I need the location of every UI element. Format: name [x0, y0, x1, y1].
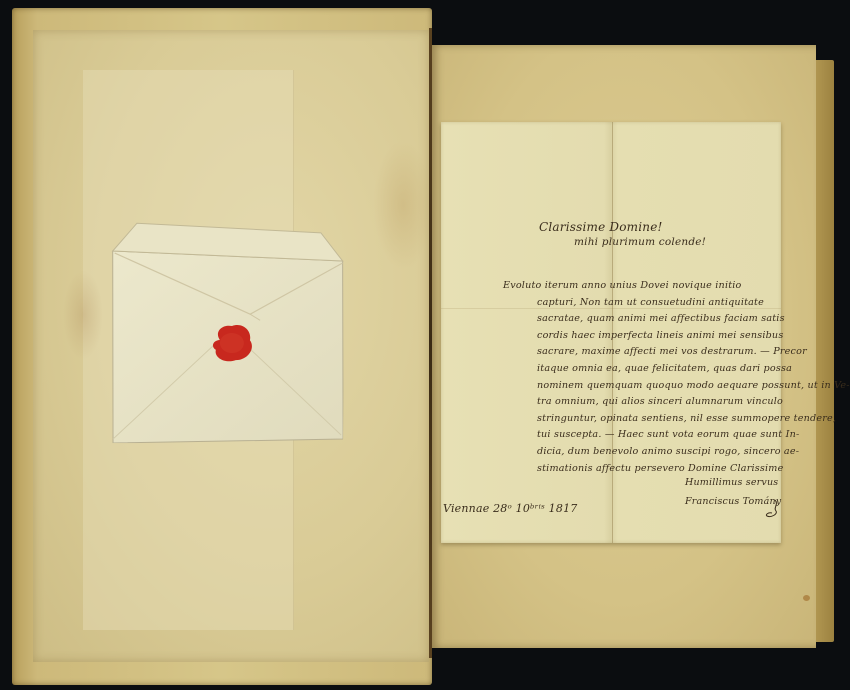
letter-line: nominem quemquam quoquo modo aequare pos… — [537, 378, 850, 395]
letter-line: capturi, Non tam ut consuetudini antiqui… — [537, 295, 850, 312]
open-book: Clarissime Domine! mihi plurimum colende… — [0, 0, 850, 690]
letter-salutation: Clarissime Domine! — [539, 220, 663, 234]
letter-line: cordis haec imperfecta lineis animi mei … — [537, 328, 850, 345]
page-stain — [63, 270, 103, 360]
letter-closing: Humillimus servus — [685, 477, 778, 488]
foxing-spot — [803, 595, 810, 601]
letter-line: itaque omnia ea, quae felicitatem, quas … — [537, 361, 850, 378]
letter-line: stringuntur, opinata sentiens, nil esse … — [537, 411, 850, 428]
book-gutter — [429, 28, 432, 658]
letter-line: Evoluto iterum anno unius Dovei novique … — [503, 278, 850, 295]
letter-line: sacratae, quam animi mei affectibus faci… — [537, 311, 850, 328]
envelope-icon — [109, 221, 345, 445]
letter-body: Evoluto iterum anno unius Dovei novique … — [503, 278, 850, 477]
letter-line: sacrare, maxime affecti mei vos destraru… — [537, 344, 850, 361]
sealed-envelope — [109, 221, 345, 445]
letter-salutation-line2: mihi plurimum colende! — [574, 236, 706, 248]
letter-line: tui suscepta. — Haec sunt vota eorum qua… — [537, 427, 850, 444]
signature-flourish-icon — [763, 498, 781, 520]
letter-line: stimationis affectu persevero Domine Cla… — [537, 461, 850, 478]
letter-line: tra omnium, qui alios sinceri alumnarum … — [537, 394, 850, 411]
letter-place-date: Viennae 28ᵒ 10ᵇʳⁱˢ 1817 — [443, 502, 577, 515]
page-stain — [373, 140, 433, 270]
letter-line: dicia, dum benevolo animo suscipi rogo, … — [537, 444, 850, 461]
handwritten-letter: Clarissime Domine! mihi plurimum colende… — [441, 122, 781, 543]
